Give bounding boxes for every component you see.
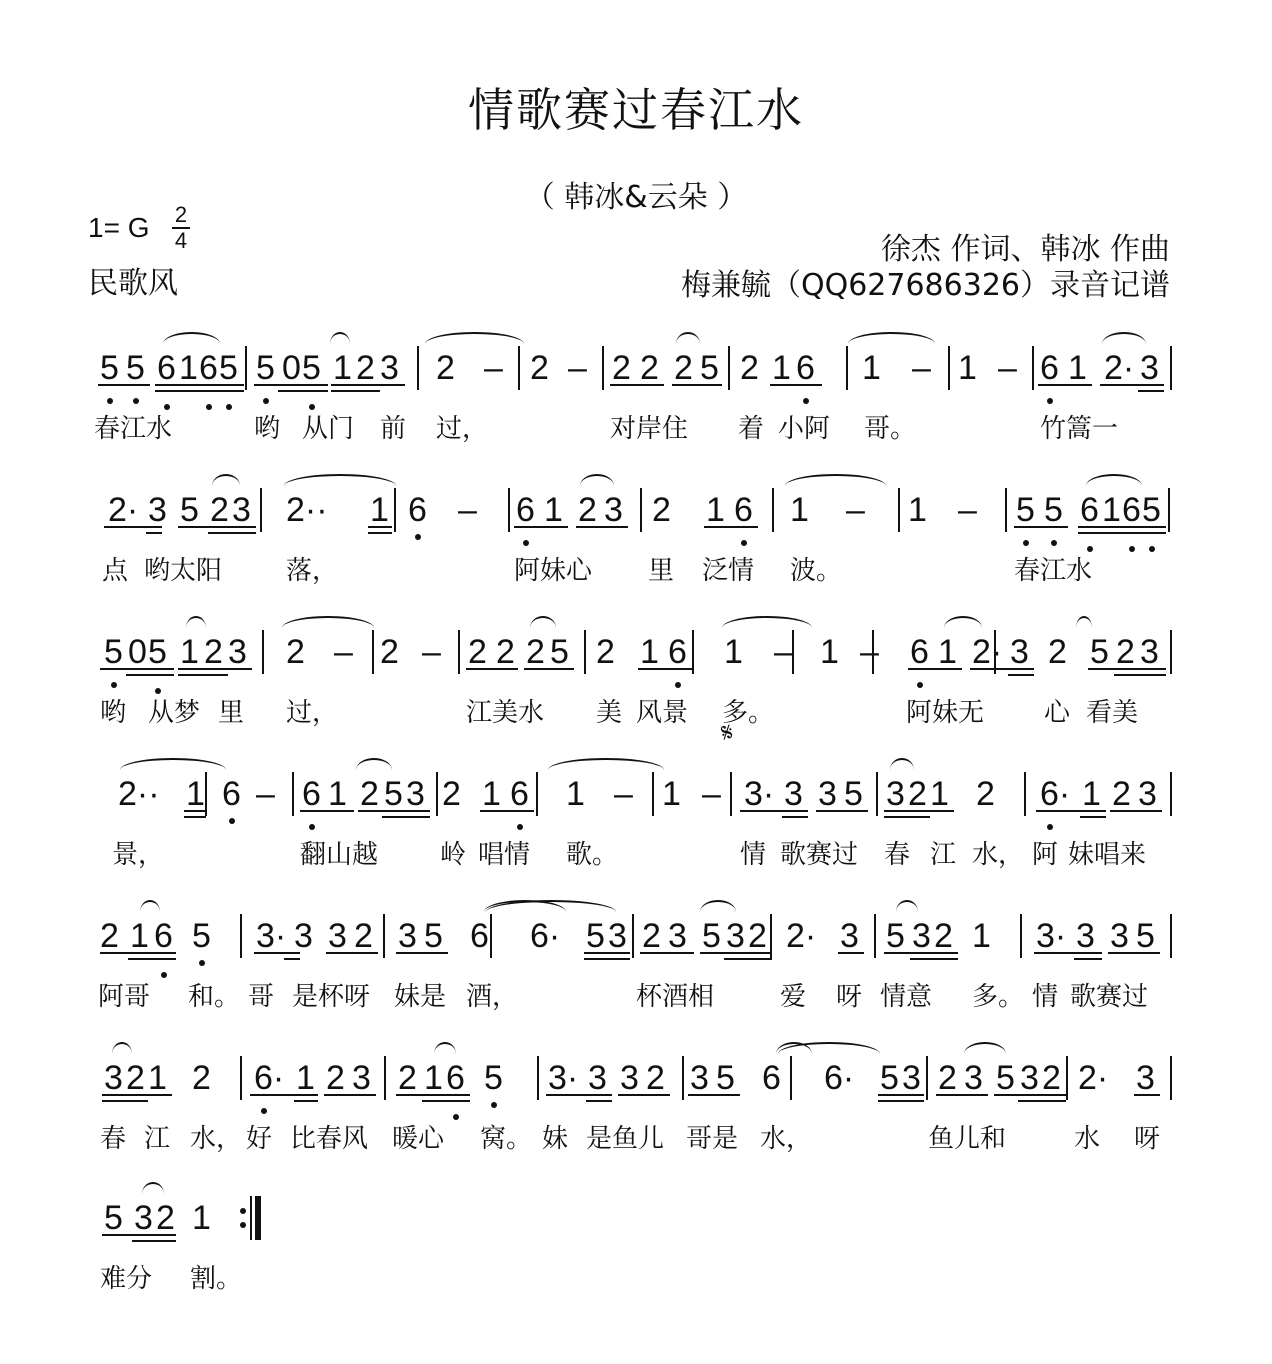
lyric: 从门 [302, 408, 354, 445]
note: 2 [210, 490, 234, 530]
beam-underline [970, 668, 1034, 670]
beam-underline [618, 1094, 670, 1096]
note: 3 [1138, 774, 1162, 814]
lyric: 呀 [836, 976, 862, 1013]
barline [1170, 914, 1172, 958]
octave-dot [415, 534, 421, 540]
lyric: 从梦 [148, 692, 200, 729]
octave-dot [1149, 546, 1155, 552]
barline [602, 346, 604, 390]
note: 5 [180, 490, 204, 530]
slur [700, 900, 736, 912]
style-label: 民歌风 [88, 258, 178, 302]
lyric: 水， [760, 1118, 812, 1155]
note: 3 [398, 916, 422, 956]
beam-underline [396, 952, 448, 954]
lyric: 江美水 [466, 692, 544, 729]
note: 1 [938, 632, 962, 672]
slur [330, 332, 350, 344]
note: 6· [530, 916, 570, 956]
octave-dot [491, 1102, 497, 1108]
note: 6 [734, 490, 758, 530]
barline [292, 772, 294, 816]
song-title: 情歌赛过春江水 [0, 74, 1272, 140]
beam-underline [640, 952, 694, 954]
octave-dot [263, 398, 269, 404]
barline [458, 630, 460, 674]
note: 2 [612, 348, 636, 388]
lyric: 情意 [880, 976, 932, 1013]
slur [356, 758, 392, 770]
note: 3 [148, 490, 172, 530]
lyric: 阿妹无 [906, 692, 984, 729]
barline [632, 914, 634, 958]
time-numerator: 2 [172, 204, 190, 226]
note: 1 [328, 774, 352, 814]
octave-dot [199, 960, 205, 966]
octave-dot [261, 1108, 267, 1114]
dash-note: – [458, 490, 482, 530]
beam-underline [688, 1094, 740, 1096]
barline [652, 772, 654, 816]
lyric: 看美 [1086, 692, 1138, 729]
lyric: 割。 [190, 1258, 242, 1295]
note: 1 [482, 774, 506, 814]
octave-dot [517, 824, 523, 830]
note: 5 [996, 1058, 1020, 1098]
note: 6 [516, 490, 540, 530]
beam-underline [368, 532, 392, 534]
note: 5 [219, 348, 243, 388]
beam-underline [1110, 810, 1162, 812]
note: 2 [674, 348, 698, 388]
beam-underline [250, 1094, 318, 1096]
beam-underline [1034, 952, 1102, 954]
beam-underline [331, 384, 405, 386]
note: 3 [380, 348, 404, 388]
barline [728, 346, 730, 390]
beam-underline [102, 1100, 148, 1102]
lyric: 和。 [188, 976, 240, 1013]
note: 6 [796, 348, 820, 388]
beam-underline [1088, 668, 1166, 670]
lyric: 歌。 [566, 834, 618, 871]
lyric: 水， [190, 1118, 242, 1155]
barline [508, 488, 510, 532]
note: 3 [604, 490, 628, 530]
slur [785, 474, 886, 486]
note: 6 [510, 774, 534, 814]
beam-underline [770, 384, 822, 386]
note: 3 [134, 1198, 158, 1238]
beam-underline [724, 958, 772, 960]
note: 2 [908, 774, 932, 814]
note: 3 [886, 774, 910, 814]
beam-underline [1080, 816, 1106, 818]
note: 5 [484, 1058, 508, 1098]
barline [1170, 630, 1172, 674]
beam-underline [936, 1094, 988, 1096]
barline [1020, 914, 1022, 958]
lyric: 妹 [542, 1118, 568, 1155]
note: 3 [912, 916, 936, 956]
lyric: 心 [1044, 692, 1070, 729]
note: 3 [840, 916, 864, 956]
lyric: 水， [972, 834, 1024, 871]
note: 2 [1048, 632, 1072, 672]
note: 6 [154, 916, 178, 956]
note: 3 [726, 916, 750, 956]
note: 2 [192, 1058, 216, 1098]
note: 3 [232, 490, 256, 530]
beam-underline [1036, 810, 1106, 812]
beam-underline [1014, 526, 1068, 528]
slur [548, 758, 664, 770]
note: 1 [640, 632, 664, 672]
barline [436, 772, 438, 816]
octave-dot [229, 818, 235, 824]
note: 2 [1042, 1058, 1066, 1098]
beam-underline [284, 958, 300, 960]
beam-underline [102, 1094, 172, 1096]
note: 1 [790, 490, 814, 530]
beam-underline [584, 958, 630, 960]
note: 2 [642, 916, 666, 956]
note: 2 [360, 774, 384, 814]
note: 6 [157, 348, 181, 388]
barline [262, 630, 264, 674]
key-signature: 1= G [88, 212, 149, 244]
lyric: 里 [648, 550, 674, 587]
note: 5 [1016, 490, 1040, 530]
note: 1 [662, 774, 686, 814]
note: 1 [370, 490, 394, 530]
beam-underline [908, 668, 962, 670]
note: 5 [702, 916, 726, 956]
beam-underline [740, 810, 808, 812]
note: 1 [958, 348, 982, 388]
lyric: 美 [596, 692, 622, 729]
barline [384, 1056, 386, 1100]
beam-underline [1074, 958, 1102, 960]
barline [898, 488, 900, 532]
final-barline [255, 1196, 261, 1240]
note: 3 [1136, 1058, 1160, 1098]
lyric: 歌赛过 [1070, 976, 1148, 1013]
note: 6 [1080, 490, 1104, 530]
note: 5 [100, 348, 124, 388]
lyric: 春 [884, 834, 910, 871]
dash-note: – [702, 774, 726, 814]
note: 2 [530, 348, 554, 388]
beam-underline [884, 952, 958, 954]
barline [372, 630, 374, 674]
note: 5 [424, 916, 448, 956]
dash-note: – [998, 348, 1022, 388]
lyric: 点 [102, 550, 128, 587]
note: 2 [646, 1058, 670, 1098]
beam-underline [100, 668, 174, 670]
beam-underline [126, 674, 174, 676]
beam-underline [155, 390, 244, 392]
note: 3 [1020, 1058, 1044, 1098]
beam-underline [184, 816, 206, 818]
beam-underline [326, 952, 378, 954]
note: 1 [908, 490, 932, 530]
barline [240, 914, 242, 958]
note: 1 [180, 632, 204, 672]
note: 1 [1082, 774, 1106, 814]
barline [790, 1056, 792, 1100]
repeat-dot [240, 1222, 246, 1228]
octave-dot [206, 404, 212, 410]
beam-underline [178, 674, 228, 676]
note: 5 [1142, 490, 1166, 530]
note: 3· [256, 916, 296, 956]
lyric: 情 [1032, 976, 1058, 1013]
lyric: 景， [112, 834, 164, 871]
note: 2 [934, 916, 958, 956]
beam-underline [994, 1094, 1066, 1096]
beam-underline [884, 810, 954, 812]
barline [584, 630, 586, 674]
beam-underline [396, 1094, 470, 1096]
beam-underline [782, 816, 808, 818]
note: 3 [690, 1058, 714, 1098]
lyric: 春江水 [94, 408, 172, 445]
slur [434, 1042, 456, 1054]
note: 1 [566, 774, 590, 814]
note: 2·· [286, 490, 326, 530]
note: 2 [578, 490, 602, 530]
octave-dot [161, 972, 167, 978]
dash-note: – [958, 490, 982, 530]
note: 2 [640, 348, 664, 388]
note: 1 [772, 348, 796, 388]
lyric: 唱情 [478, 834, 530, 871]
note: 3 [328, 916, 352, 956]
barline [846, 346, 848, 390]
note: 3 [1010, 632, 1034, 672]
barline [692, 630, 694, 674]
lyric: 岭 [440, 834, 466, 871]
lyric: 好 [246, 1118, 272, 1155]
beam-underline [294, 1100, 318, 1102]
note: 2 [204, 632, 228, 672]
lyric: 风景 [636, 692, 688, 729]
barline [245, 346, 247, 390]
slur [212, 474, 240, 486]
octave-dot [453, 1114, 459, 1120]
barline [730, 772, 732, 816]
barline [1170, 346, 1172, 390]
note: 2· [1078, 1058, 1118, 1098]
beam-underline [104, 526, 162, 528]
beam-underline [586, 1100, 612, 1102]
beam-underline [1008, 674, 1034, 676]
barline [260, 488, 262, 532]
note: 6· [1040, 774, 1080, 814]
slur [896, 900, 918, 912]
beam-underline [480, 810, 534, 812]
note: 1 [424, 1058, 448, 1098]
note: 2· [1104, 348, 1144, 388]
lyric: 哥 [248, 976, 274, 1013]
note: 5 [1136, 916, 1160, 956]
note: 6· [824, 1058, 864, 1098]
lyric: 泛情 [702, 550, 754, 587]
lyric: 是鱼儿 [586, 1118, 664, 1155]
barline [536, 772, 538, 816]
barline [770, 914, 772, 958]
credits-transcriber: 梅兼毓（QQ627686326）录音记谱 [681, 260, 1170, 304]
octave-dot [741, 540, 747, 546]
beam-underline [102, 1234, 176, 1236]
note: 2 [976, 774, 1000, 814]
beam-underline [278, 390, 328, 392]
beam-underline [546, 1094, 612, 1096]
barline [490, 914, 492, 958]
note: 3 [964, 1058, 988, 1098]
lyric: 歌赛过 [780, 834, 858, 871]
note: 2 [526, 632, 550, 672]
note: 6 [408, 490, 432, 530]
barline [772, 488, 774, 532]
slur [944, 616, 982, 628]
octave-dot [803, 398, 809, 404]
note: 1 [706, 490, 730, 530]
note: 2 [496, 632, 520, 672]
dash-note: – [912, 348, 936, 388]
note: 2 [436, 348, 460, 388]
lyric: 阿哥 [98, 976, 150, 1013]
note: 3 [294, 916, 318, 956]
barline [682, 1056, 684, 1100]
barline [417, 346, 419, 390]
octave-dot [1047, 824, 1053, 830]
note: 3 [1110, 916, 1134, 956]
beam-underline [178, 668, 252, 670]
lyric: 情 [740, 834, 766, 871]
lyric: 杯酒相 [636, 976, 714, 1013]
barline [874, 914, 876, 958]
lyric: 江 [144, 1118, 170, 1155]
barline [205, 772, 207, 816]
beam-underline [1108, 952, 1160, 954]
beam-underline [1018, 1100, 1066, 1102]
lyric: 阿妹心 [514, 550, 592, 587]
beam-underline [1138, 390, 1164, 392]
octave-dot [917, 682, 923, 688]
note: 5 [716, 1058, 740, 1098]
note: 1 [724, 632, 748, 672]
barline [1168, 488, 1170, 532]
beam-underline [100, 952, 176, 954]
lyric: 对岸住 [610, 408, 688, 445]
note: 2· [972, 632, 1012, 672]
lyric: 哥。 [864, 408, 916, 445]
performers: （ 韩冰&云朵 ） [0, 172, 1272, 216]
slur [676, 332, 700, 344]
beam-underline [1134, 1094, 1160, 1096]
lyric: 妹是 [394, 976, 446, 1013]
lyric: 比春风 [290, 1118, 368, 1155]
beam-underline [324, 1094, 376, 1096]
note: 2 [1116, 632, 1140, 672]
note: 3· [744, 774, 784, 814]
lyric: 暖心 [392, 1118, 444, 1155]
lyric: 哥是 [686, 1118, 738, 1155]
lyric: 过， [286, 692, 338, 729]
beam-underline [208, 532, 256, 534]
note: 2 [1112, 774, 1136, 814]
note: 1 [862, 348, 886, 388]
octave-dot [111, 682, 117, 688]
beam-underline [838, 952, 864, 954]
barline [994, 630, 996, 674]
beam-underline [178, 526, 256, 528]
barline [792, 630, 794, 674]
lyric: 翻山越 [300, 834, 378, 871]
note: 2 [354, 916, 378, 956]
lyric: 春江水 [1014, 550, 1092, 587]
note: 5 [104, 632, 128, 672]
beam-underline [254, 384, 328, 386]
slur [140, 900, 160, 912]
note: 5 [148, 632, 172, 672]
lyric: 酒， [466, 976, 518, 1013]
beam-underline [422, 1100, 470, 1102]
lyric: 哟 [254, 408, 280, 445]
beam-underline [878, 1100, 924, 1102]
beam-underline [155, 384, 244, 386]
barline [1170, 1056, 1172, 1100]
note: 1 [296, 1058, 320, 1098]
slur [1086, 474, 1142, 486]
note: 6· [254, 1058, 294, 1098]
note: 2 [100, 916, 124, 956]
note: 5 [880, 1058, 904, 1098]
note: 6 [1040, 348, 1064, 388]
lyric: 落， [286, 550, 338, 587]
octave-dot [1047, 398, 1053, 404]
note: 5 [192, 916, 216, 956]
beam-underline [700, 952, 772, 954]
time-signature: 2 4 [172, 204, 190, 252]
lyric: 难分 [100, 1258, 152, 1295]
note: 1 [1068, 348, 1092, 388]
note: 6 [762, 1058, 786, 1098]
beam-underline [368, 526, 392, 528]
beam-underline [672, 384, 722, 386]
beam-underline [878, 1094, 924, 1096]
slur [186, 616, 206, 628]
repeat-dot [240, 1208, 246, 1214]
beam-underline [146, 532, 162, 534]
beam-underline [184, 810, 206, 812]
beam-underline [98, 384, 150, 386]
slur [112, 1042, 132, 1054]
dash-note: – [774, 632, 798, 672]
note: 3 [1140, 632, 1164, 672]
note: 3 [228, 632, 252, 672]
lyric: 江 [930, 834, 956, 871]
note: 6 [910, 632, 934, 672]
slur [120, 758, 226, 770]
dash-note: – [614, 774, 638, 814]
beam-underline [584, 952, 630, 954]
dash-note: – [846, 490, 870, 530]
